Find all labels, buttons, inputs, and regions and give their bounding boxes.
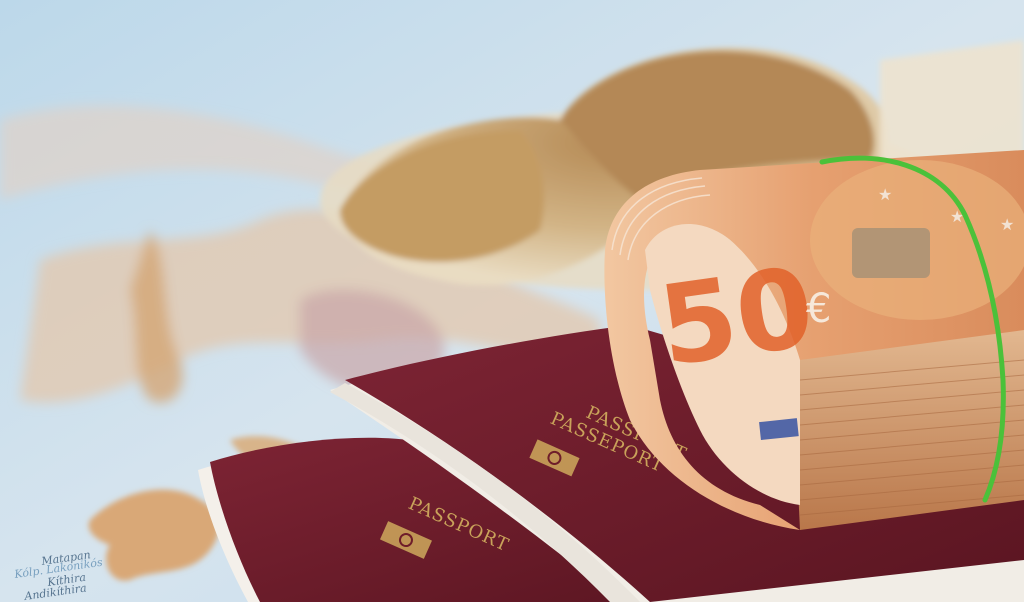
svg-text:★: ★ (1000, 215, 1014, 234)
photo-scene: Matapan Kólp. Lakonikós Kíthira Andikíth… (0, 0, 1024, 602)
euro-symbol-icon: € (806, 286, 831, 332)
svg-text:★: ★ (878, 185, 892, 204)
banknote-denomination: 50 (652, 243, 821, 391)
hologram-icon (852, 228, 930, 278)
photo: Matapan Kólp. Lakonikós Kíthira Andikíth… (0, 0, 1024, 602)
